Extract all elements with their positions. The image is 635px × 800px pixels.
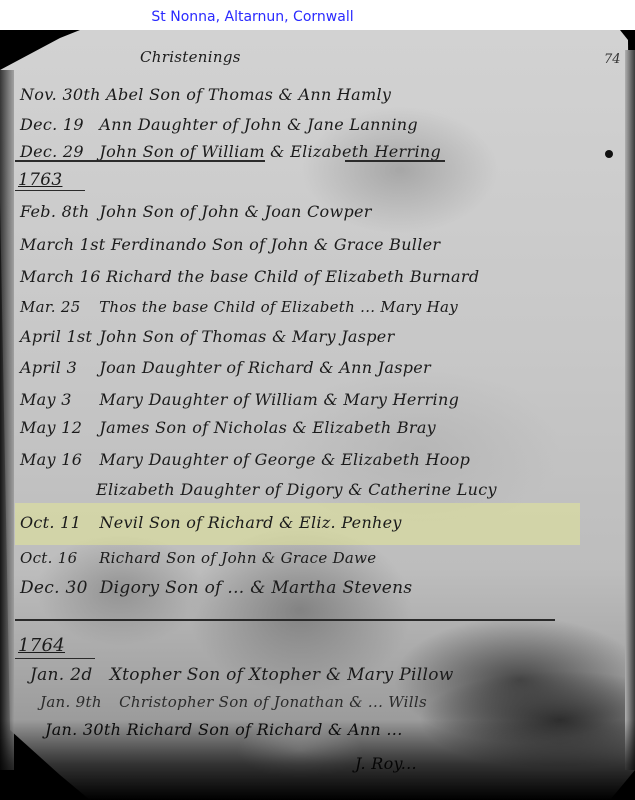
entry-date: Oct. 11 (20, 513, 94, 532)
record-caption: St Nonna, Altarnun, Cornwall (0, 0, 635, 30)
year-heading: 1764 (18, 635, 65, 656)
entry-text: James Son of Nicholas & Elizabeth Bray (99, 418, 436, 437)
entry-row-highlighted: Oct. 11 Nevil Son of Richard & Eliz. Pen… (20, 513, 402, 532)
entry-row: Elizabeth Daughter of Digory & Catherine… (96, 480, 497, 499)
entry-text: Mary Daughter of William & Mary Herring (99, 390, 459, 409)
section-divider (15, 619, 555, 621)
entry-date: Dec. 19 (20, 115, 94, 134)
entry-text: Nevil Son of Richard & Eliz. Penhey (99, 513, 401, 532)
entry-text: Ann Daughter of John & Jane Lanning (99, 115, 418, 134)
page-edge (625, 50, 635, 770)
entry-date: May 16 (20, 450, 94, 469)
year-underline (15, 658, 95, 659)
entry-text: John Son of John & Joan Cowper (99, 202, 371, 221)
entry-row: Mar. 25 Thos the base Child of Elizabeth… (20, 298, 458, 316)
entry-text: Xtopher Son of Xtopher & Mary Pillow (110, 665, 454, 685)
entry-row: April 1st John Son of Thomas & Mary Jasp… (20, 327, 395, 346)
ink-blot (605, 150, 613, 158)
entry-row: March 16 Richard the base Child of Eliza… (20, 267, 479, 286)
entry-row: Dec. 29 John Son of William & Elizabeth … (20, 142, 441, 161)
entry-date: Mar. 25 (20, 298, 94, 316)
entry-text: Thos the base Child of Elizabeth ... Mar… (99, 298, 458, 316)
entry-text: Ferdinando Son of John & Grace Buller (111, 235, 441, 254)
entry-row: Jan. 9th Christopher Son of Jonathan & .… (40, 693, 427, 711)
entry-row: April 3 Joan Daughter of Richard & Ann J… (20, 358, 431, 377)
entry-row: May 16 Mary Daughter of George & Elizabe… (20, 450, 470, 469)
entry-text: Elizabeth Daughter of Digory & Catherine… (96, 480, 497, 499)
entry-text: Abel Son of Thomas & Ann Hamly (106, 85, 391, 104)
entry-text: Joan Daughter of Richard & Ann Jasper (99, 358, 431, 377)
register-heading: Christenings (140, 48, 241, 66)
entry-text: Richard Son of John & Grace Dawe (99, 549, 376, 567)
entry-row: Oct. 16 Richard Son of John & Grace Dawe (20, 549, 376, 567)
entry-row: Jan. 2d Xtopher Son of Xtopher & Mary Pi… (30, 665, 454, 685)
entry-date: Dec. 30 (20, 578, 94, 598)
entry-date: April 3 (20, 358, 94, 377)
section-divider (345, 160, 445, 162)
entry-date: April 1st (20, 327, 94, 346)
book-spine (0, 70, 14, 770)
entry-row: Feb. 8th John Son of John & Joan Cowper (20, 202, 372, 221)
entry-date: May 3 (20, 390, 94, 409)
year-heading: 1763 (18, 170, 62, 190)
folio-number: 74 (604, 52, 621, 67)
entry-row: Dec. 30 Digory Son of ... & Martha Steve… (20, 578, 412, 598)
page-shadow (0, 720, 635, 800)
entry-text: Digory Son of ... & Martha Stevens (100, 578, 413, 598)
entry-text: John Son of William & Elizabeth Herring (99, 142, 441, 161)
entry-text: Christopher Son of Jonathan & ... Wills (119, 693, 427, 711)
entry-date: May 12 (20, 418, 94, 437)
entry-date: Nov. 30th (20, 85, 101, 104)
year-underline (15, 190, 85, 191)
entry-row: Dec. 19 Ann Daughter of John & Jane Lann… (20, 115, 418, 134)
entry-row: Nov. 30th Abel Son of Thomas & Ann Hamly (20, 85, 391, 104)
entry-text: John Son of Thomas & Mary Jasper (99, 327, 394, 346)
register-scan: Christenings 74 Nov. 30th Abel Son of Th… (0, 30, 635, 800)
entry-row: May 12 James Son of Nicholas & Elizabeth… (20, 418, 436, 437)
entry-date: March 1st (20, 235, 105, 254)
section-divider (15, 160, 265, 162)
entry-date: Feb. 8th (20, 202, 94, 221)
entry-text: Mary Daughter of George & Elizabeth Hoop (99, 450, 470, 469)
entry-date: Oct. 16 (20, 549, 94, 567)
entry-date: Jan. 9th (40, 693, 114, 711)
entry-date: Jan. 2d (30, 665, 104, 685)
entry-date: March 16 (20, 267, 101, 286)
entry-row: March 1st Ferdinando Son of John & Grace… (20, 235, 440, 254)
entry-date: Dec. 29 (20, 142, 94, 161)
entry-row: May 3 Mary Daughter of William & Mary He… (20, 390, 459, 409)
entry-text: Richard the base Child of Elizabeth Burn… (106, 267, 479, 286)
